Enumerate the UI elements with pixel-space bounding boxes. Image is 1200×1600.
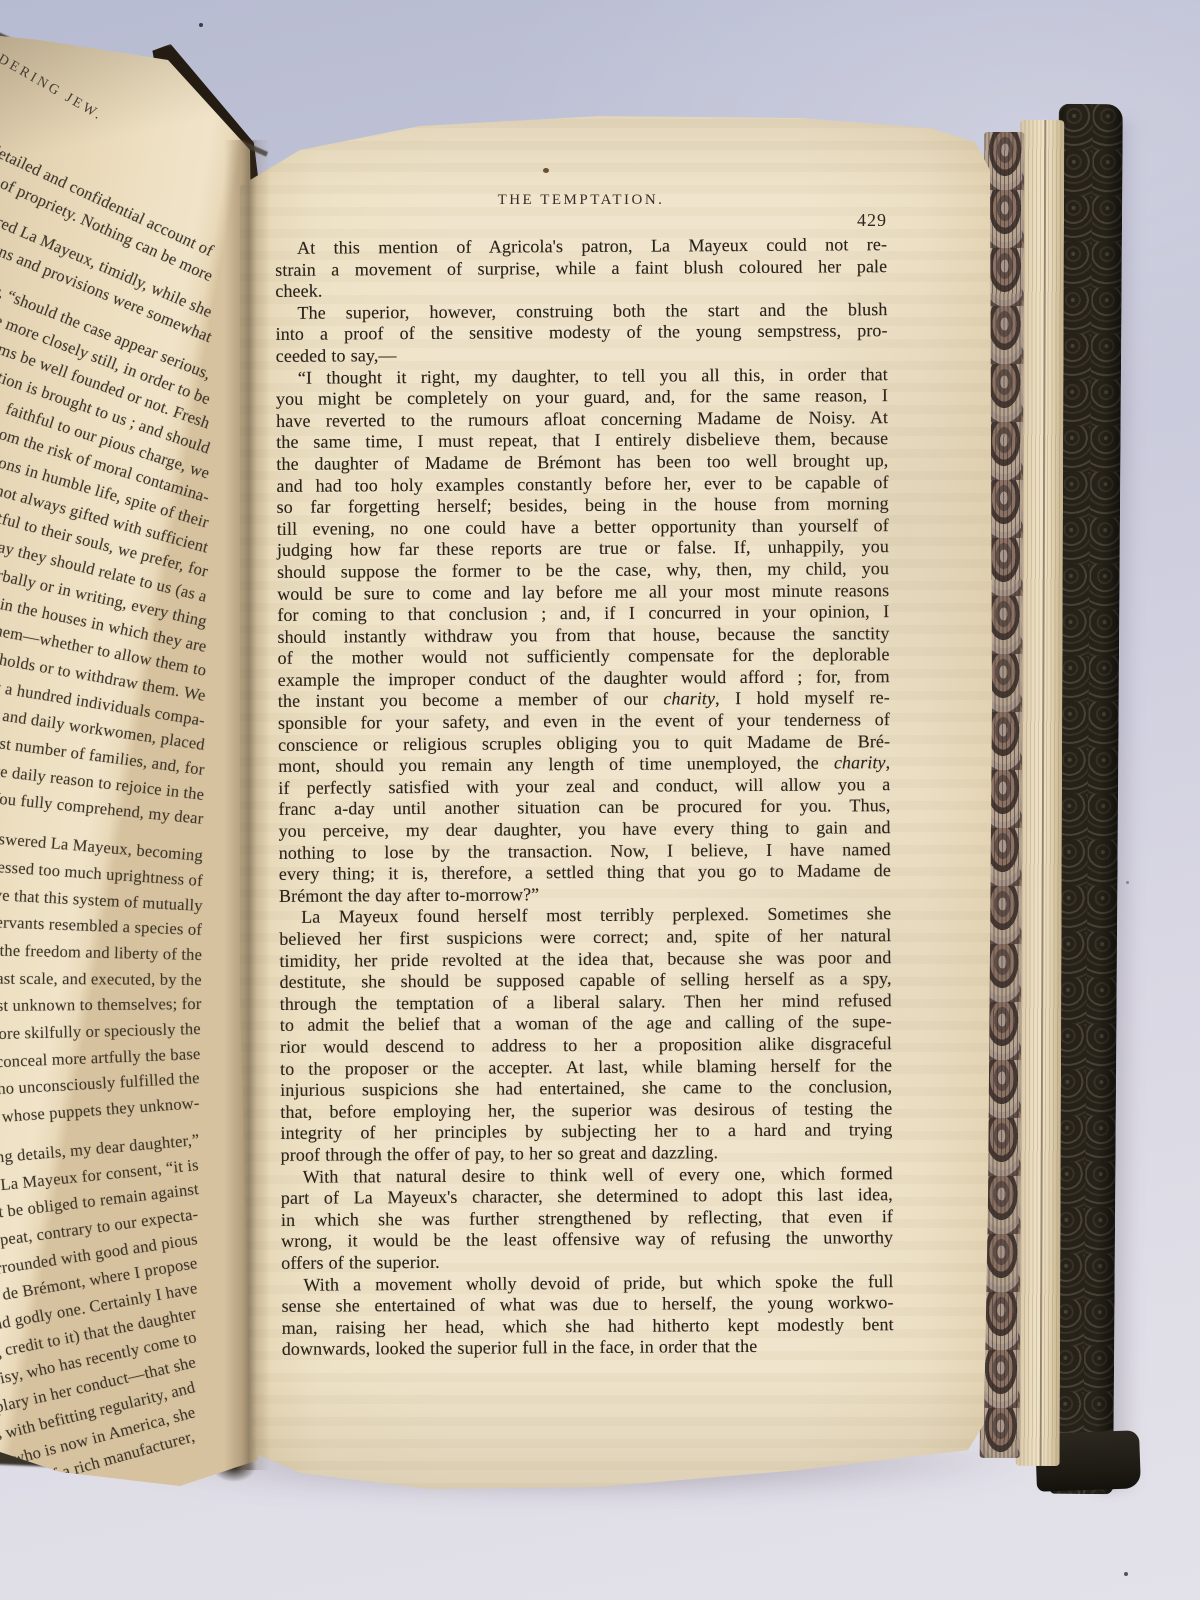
right-page: THE TEMPTATION. 429 At this mention of A… [238, 114, 992, 1492]
left-running-header: WANDERING JEW. [0, 31, 106, 125]
text-line: yal of the freedom and liberty of the [0, 940, 202, 965]
right-page-text: At this mention of Agricola's patron, La… [275, 234, 894, 1361]
text-line: the daughter of Madame de Brémont has be… [276, 450, 888, 475]
text-line: into a proof of the sensitive modesty of… [276, 321, 888, 346]
text-line: every thing; it is, therefore, a settled… [279, 860, 891, 885]
dust-speck [1124, 1572, 1128, 1576]
dust-speck [199, 23, 203, 27]
text-line: wrong, it would be the least offensive w… [281, 1227, 893, 1252]
text-line: a vast scale, and executed, by the [0, 968, 201, 989]
photo-background: { "book_photo": { "colors": { "backdrop_… [0, 0, 1200, 1600]
running-header: THE TEMPTATION. [275, 192, 887, 209]
text-line: rior would descend to address to her a p… [280, 1033, 892, 1058]
text-line: integrity of her principles by subjectin… [280, 1119, 892, 1144]
text-line: should suppose the former to be the case… [277, 558, 889, 583]
text-line: strain a movement of surprise, while a f… [275, 256, 887, 281]
page-number: 429 [857, 210, 887, 231]
paper-fleck [543, 168, 549, 173]
text-line: se more skilfully or speciously the [0, 1019, 201, 1045]
text-line: and servants resembled a species of [0, 911, 202, 940]
text-line: At this mention of Agricola's patron, La… [275, 234, 887, 259]
text-line: r to conceal more artfully the base [0, 1044, 201, 1073]
text-line: downwards, looked the superior full in t… [282, 1335, 894, 1360]
left-page: WANDERING JEW. s a detailed and confiden… [0, 30, 262, 1500]
text-line: believed her first suspicions were corre… [279, 925, 891, 950]
text-line: man, raising her head, which she had hit… [282, 1314, 894, 1339]
text-line: irits, whose puppets they unknow- [0, 1093, 200, 1129]
text-line: almost unknown to themselves; for [0, 994, 201, 1016]
dust-speck [1126, 881, 1129, 884]
gutter-shadow [224, 140, 270, 1470]
